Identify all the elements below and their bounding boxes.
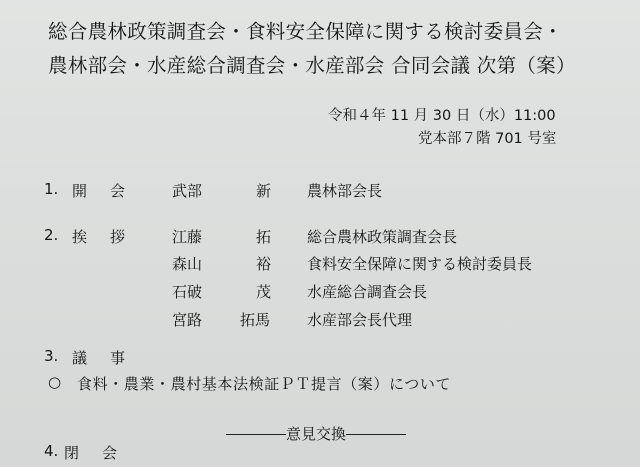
- meeting-date: 令和４年 11 月 30 日（水）11:00: [328, 104, 556, 125]
- speaker-role: 食料安全保障に関する検討委員長: [307, 253, 532, 274]
- speaker-role: 水産総合調査会長: [307, 281, 427, 302]
- discussion-line: 意見交換: [226, 423, 406, 444]
- speaker-role: 農林部会長: [307, 180, 382, 201]
- document-title-line-1: 総合農林政策調査会・食料安全保障に関する検討委員会・: [48, 16, 563, 44]
- speaker-role: 水産部会長代理: [307, 309, 412, 330]
- speaker-surname: 江藤: [172, 226, 202, 247]
- speaker-given-name: 茂: [256, 281, 271, 302]
- agenda-label-closing: 閉 会: [64, 442, 121, 463]
- agenda-number-1: 1.: [44, 180, 58, 198]
- agenda-label-opening: 開 会: [72, 180, 129, 201]
- speaker-surname: 宮路: [172, 309, 202, 330]
- agenda-label-proceedings: 議 事: [72, 347, 129, 368]
- speaker-surname: 石破: [172, 281, 202, 302]
- bullet-circle-icon: ○: [48, 373, 61, 391]
- document-title-line-2: 農林部会・水産総合調査会・水産部会 合同会議 次第（案）: [48, 50, 576, 78]
- divider-left: [226, 434, 286, 435]
- speaker-given-name: 裕: [256, 253, 271, 274]
- meeting-location: 党本部７階 701 号室: [418, 127, 556, 148]
- speaker-given-name: 拓馬: [240, 309, 270, 330]
- divider-right: [346, 434, 406, 435]
- speaker-given-name: 拓: [256, 226, 271, 247]
- speaker-surname: 森山: [172, 253, 202, 274]
- discussion-label: 意見交換: [286, 425, 346, 443]
- agenda-number-2: 2.: [44, 226, 58, 244]
- speaker-role: 総合農林政策調査会長: [307, 226, 457, 247]
- agenda-number-3: 3.: [44, 347, 58, 365]
- agenda-number-4: 4.: [44, 442, 58, 460]
- agenda-label-greeting: 挨 拶: [72, 226, 129, 247]
- speaker-given-name: 新: [256, 180, 271, 201]
- agenda-topic: 食料・農業・農村基本法検証ＰＴ提言（案）について: [77, 373, 451, 394]
- speaker-surname: 武部: [172, 180, 202, 201]
